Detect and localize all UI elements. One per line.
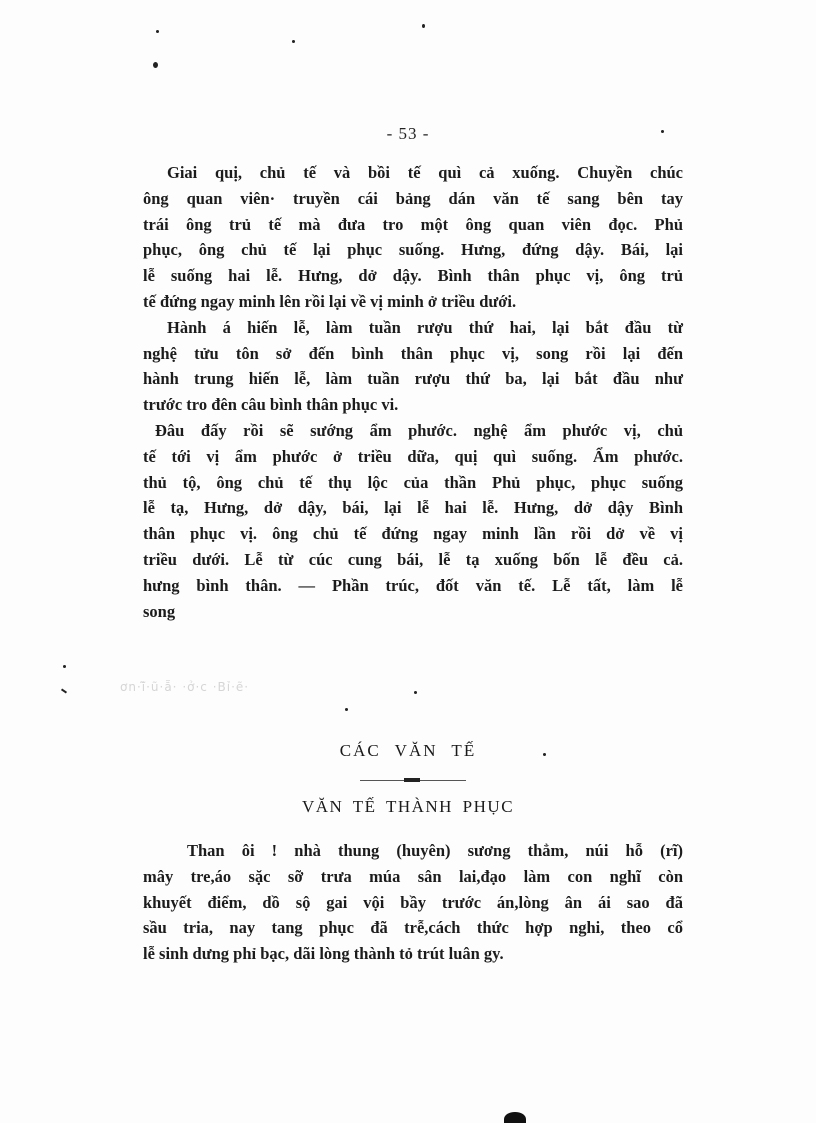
text-line: sầu tria, nay tang phục đã trễ,cách thức… xyxy=(143,915,683,941)
ink-blot xyxy=(504,1112,526,1123)
scan-speck xyxy=(345,708,348,711)
text-line: Đâu đấy rồi sẽ sướng ẩm phước. nghệ ẩm p… xyxy=(143,418,683,444)
page-number: - 53 - xyxy=(0,124,816,144)
text-line: triều dưới. Lễ từ cúc cung bái, lễ tạ xu… xyxy=(143,547,683,573)
text-line: Giai quị, chủ tế và bồi tế quì cả xuống.… xyxy=(143,160,683,186)
oration-paragraph: Than ôi ! nhà thung (huyên) sương thẳm, … xyxy=(143,838,683,967)
text-line: lễ sinh dưng phỉ bạc, dãi lòng thành tỏ … xyxy=(143,941,683,967)
scan-speck xyxy=(661,130,664,133)
divider-ornament-icon xyxy=(404,778,420,782)
scanned-book-page: - 53 - Giai quị, chủ tế và bồi tế quì cả… xyxy=(0,0,816,1123)
faded-bleed-through-text: ơn·ĩ̃·ũ·ẵ· ·ở·c ·Bỉ·ẽ· xyxy=(120,680,300,694)
text-line: thủ tộ, ông chủ tế thụ lộc của thần Phủ … xyxy=(143,470,683,496)
paragraph-2: Hành á hiến lễ, làm tuần rượu thứ hai, l… xyxy=(143,315,683,418)
scan-speck xyxy=(63,665,66,668)
text-line: Hành á hiến lễ, làm tuần rượu thứ hai, l… xyxy=(143,315,683,341)
text-line: lễ suống hai lễ. Hưng, dở dậy. Bình thân… xyxy=(143,263,683,289)
scan-speck xyxy=(156,30,159,33)
text-line: hành trung hiến lễ, làm tuần rượu thứ ba… xyxy=(143,366,683,392)
scan-speck xyxy=(61,688,67,693)
text-line: trái ông trủ tế mà đưa tro một ông quan … xyxy=(143,212,683,238)
section-heading: CÁC VĂN TẾ xyxy=(0,741,816,761)
text-line: lễ tạ, Hưng, dở dậy, bái, lại lễ hai lễ.… xyxy=(143,495,683,521)
text-line: tế tới vị ẩm phước ở triều dữa, quị quì … xyxy=(143,444,683,470)
scan-speck xyxy=(422,24,425,28)
text-line: phục, ông chủ tế lại phục suống. Hưng, đ… xyxy=(143,237,683,263)
text-line: tế đứng ngay minh lên rồi lại về vị minh… xyxy=(143,289,683,315)
text-line: song xyxy=(143,599,683,625)
text-line: ông quan viên· truyền cái bảng dán văn t… xyxy=(143,186,683,212)
scan-speck xyxy=(292,40,295,43)
text-line: nghệ tửu tôn sở đến bình thân phục vị, s… xyxy=(143,341,683,367)
ritual-instructions: Giai quị, chủ tế và bồi tế quì cả xuống.… xyxy=(143,160,683,624)
paragraph-1: Giai quị, chủ tế và bồi tế quì cả xuống.… xyxy=(143,160,683,315)
text-line: Than ôi ! nhà thung (huyên) sương thẳm, … xyxy=(143,838,683,864)
funeral-oration-text: Than ôi ! nhà thung (huyên) sương thẳm, … xyxy=(143,838,683,967)
section-subheading: VĂN TẾ THÀNH PHỤC xyxy=(0,797,816,817)
text-line: hưng bình thân. — Phần trúc, đốt văn tế.… xyxy=(143,573,683,599)
text-line: mây tre,áo sặc sỡ trưa múa sân lai,đạo l… xyxy=(143,864,683,890)
text-line: trước tro đên câu bình thân phục vi. xyxy=(143,392,683,418)
text-line: thân phục vị. ông chủ tế đứng ngay minh … xyxy=(143,521,683,547)
scan-speck xyxy=(414,691,417,694)
paragraph-3: Đâu đấy rồi sẽ sướng ẩm phước. nghệ ẩm p… xyxy=(143,418,683,624)
text-line: khuyết điểm, dồ sộ gai vội bầy trước án,… xyxy=(143,890,683,916)
scan-speck xyxy=(543,753,546,756)
scan-speck xyxy=(153,62,158,68)
